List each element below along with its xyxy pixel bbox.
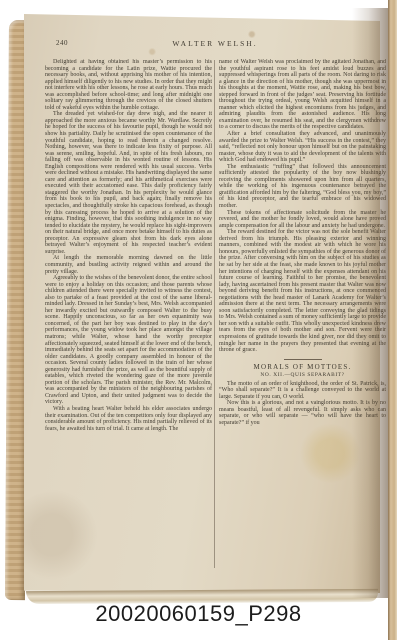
section-paragraphs: The motto of an order of knighthood, the… — [219, 381, 386, 427]
column-divider-rule — [214, 60, 215, 568]
running-header: WALTER WELSH. — [45, 39, 385, 48]
paragraph: After a brief consultation they advanced… — [219, 131, 386, 164]
scanned-book-photo: 240 WALTER WELSH. Delighted at having ob… — [0, 0, 397, 640]
paragraph: Delighted at having obtained his master’… — [45, 59, 212, 111]
paragraph-continuation: name of Walter Welsh was proclaimed by t… — [219, 59, 386, 131]
paragraph: Now this is a glorious, and not a vaingl… — [219, 400, 386, 426]
paragraph: The enthusiastic “ruffing” that followed… — [219, 164, 386, 210]
paragraph: The dreaded yet wished-for day drew nigh… — [45, 111, 212, 255]
right-column-paragraphs: After a brief consultation they advanced… — [219, 131, 386, 354]
book-right-page-edge — [388, 0, 397, 640]
paragraph: These tokens of affectionate solicitude … — [219, 210, 386, 230]
scan-id-label: 20020060159_P298 — [0, 601, 397, 627]
section-heading: MORALS OF MOTTOES. — [219, 364, 386, 371]
paragraph: The reward destined for the victor was n… — [219, 229, 386, 353]
right-text-column: name of Walter Welsh was proclaimed by t… — [219, 59, 386, 571]
paragraph: Agreeably to the wishes of the benevolen… — [45, 275, 212, 406]
section-subheading: NO. XII.—QUIS SEPARABIT? — [219, 372, 386, 379]
paragraph: At length the memorable morning dawned o… — [45, 255, 212, 275]
left-text-column: Delighted at having obtained his master’… — [45, 59, 212, 571]
paragraph: The motto of an order of knighthood, the… — [219, 381, 386, 401]
section-divider-rule — [284, 359, 322, 360]
paragraph: With a beating heart Walter beheld his e… — [45, 406, 212, 432]
